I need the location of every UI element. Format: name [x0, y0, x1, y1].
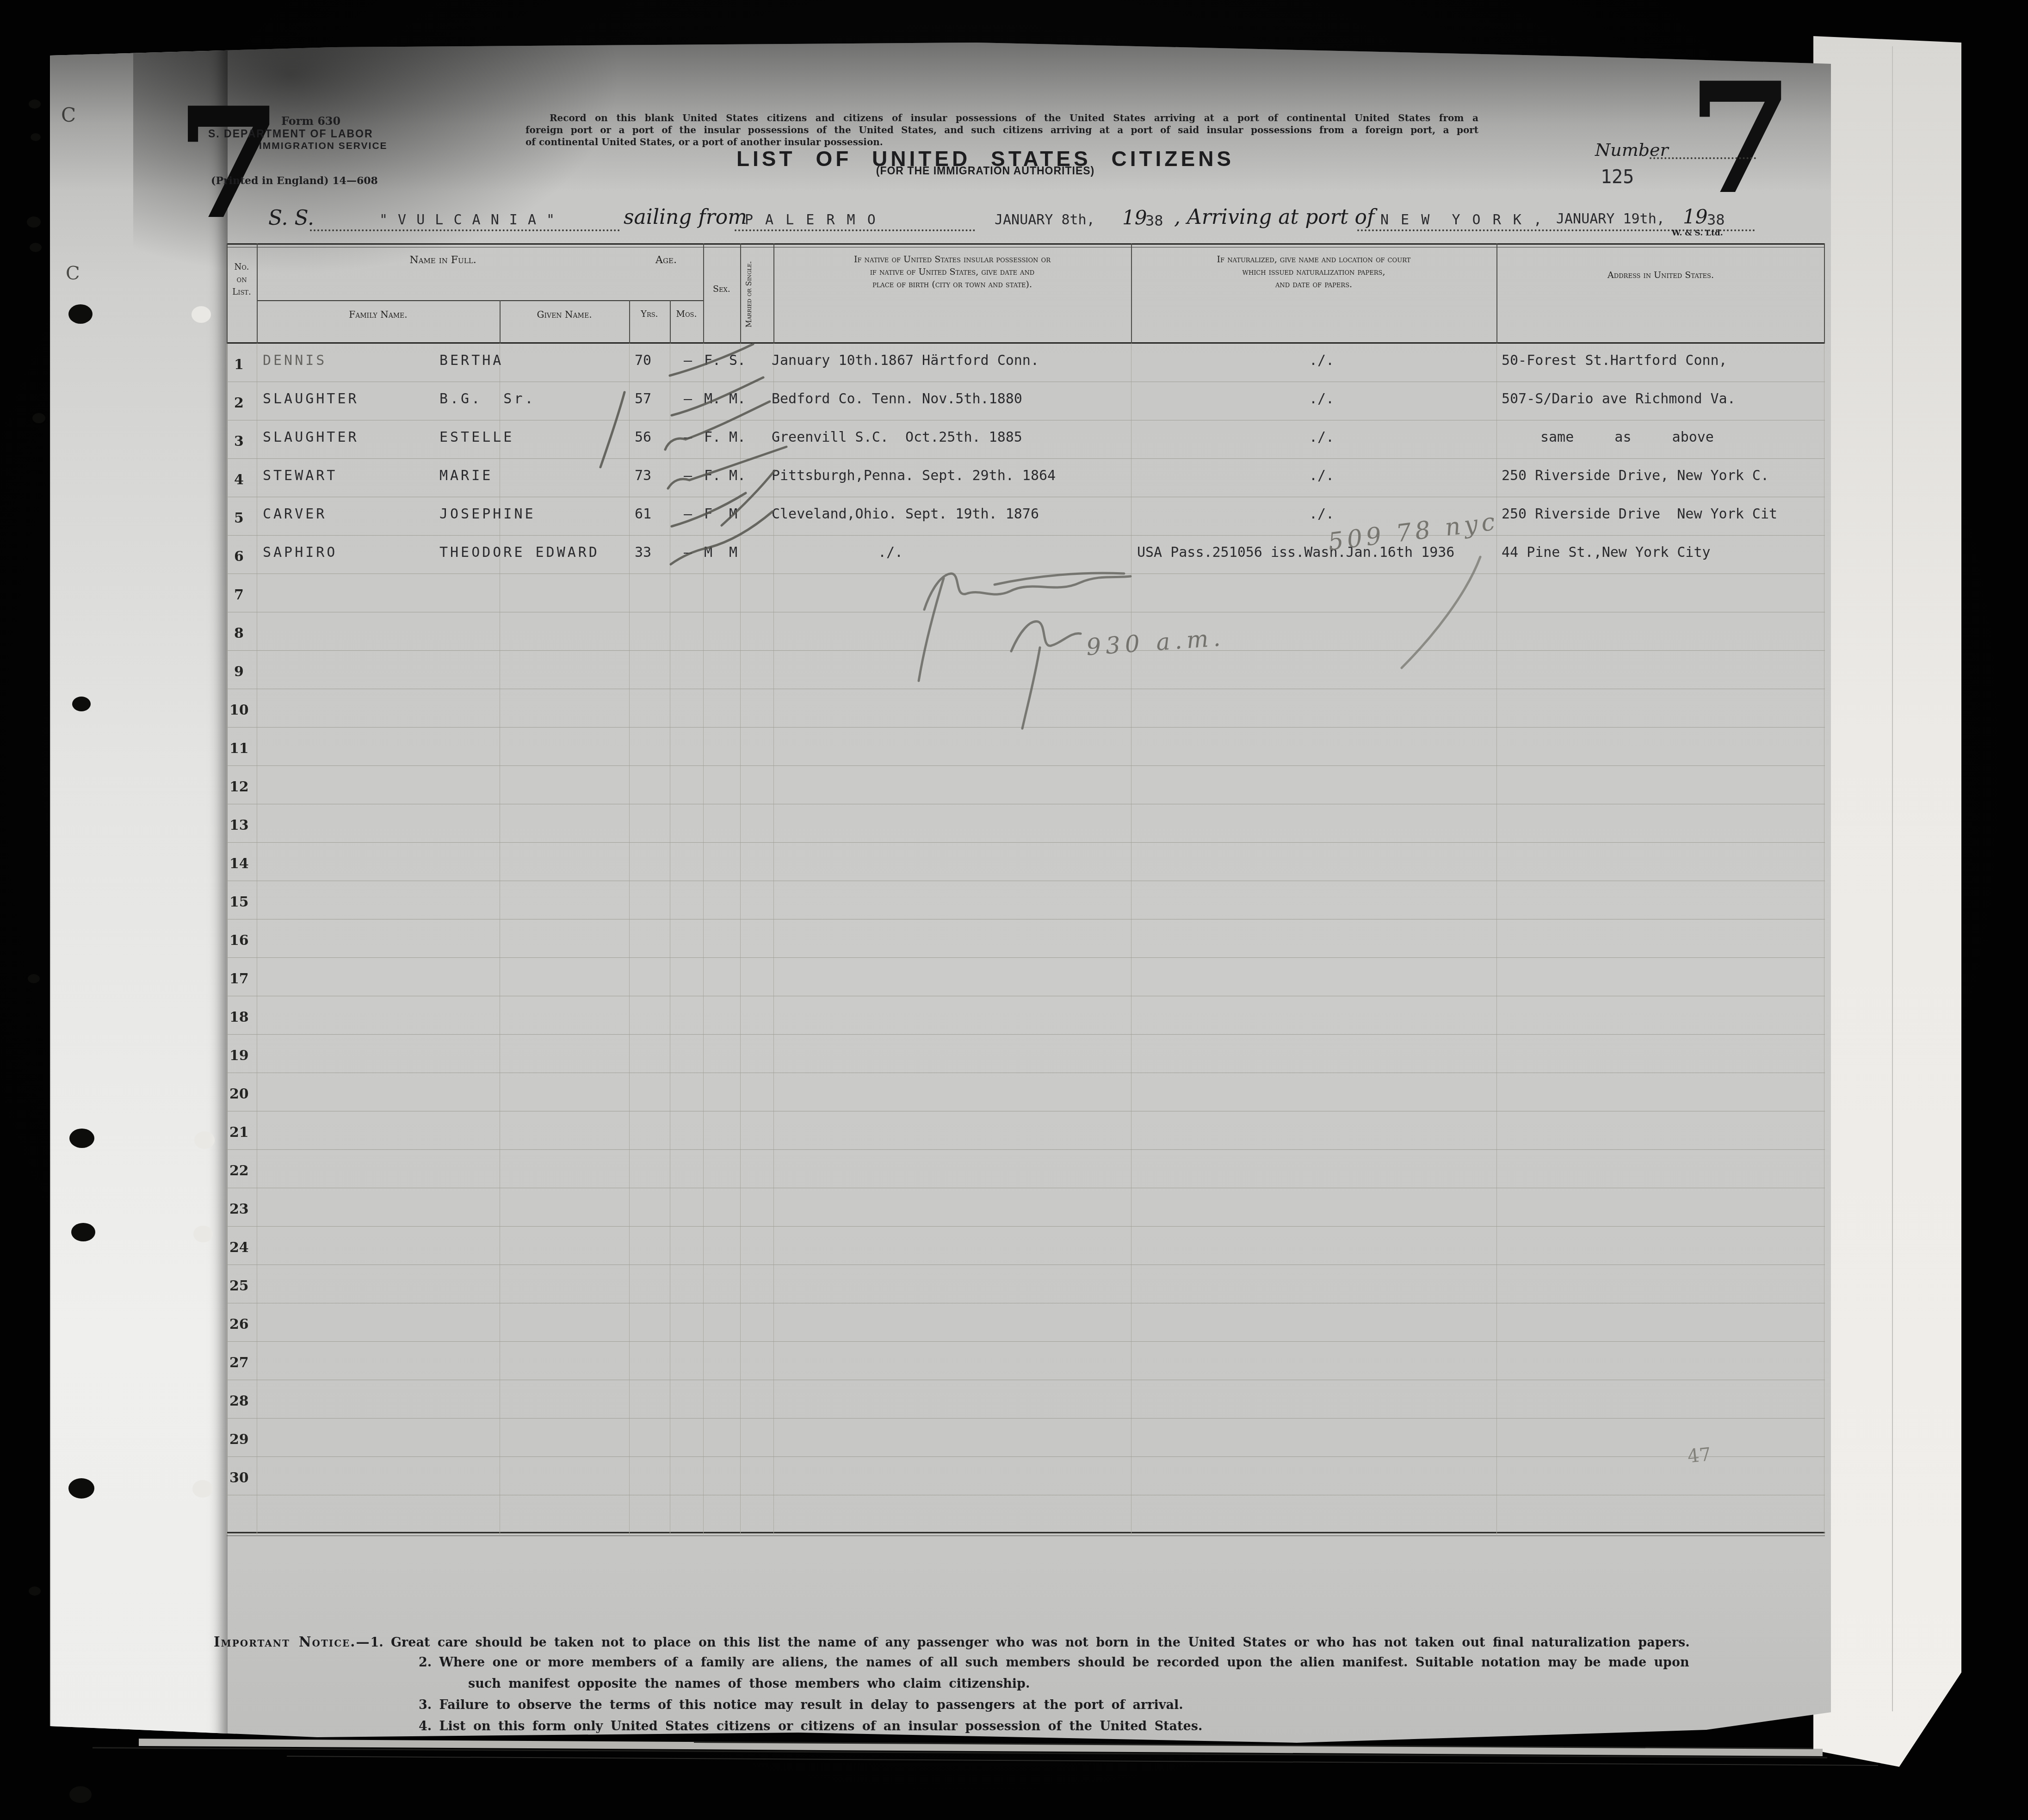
table-row: 12 — [227, 766, 1825, 804]
table-row: 19 — [227, 1035, 1825, 1073]
row-number: 6 — [234, 549, 244, 565]
notice-item: Important Notice.—1. Great care should b… — [214, 1634, 1690, 1650]
age-months: – — [684, 468, 692, 483]
punch-hole — [28, 974, 40, 983]
table-row: 20 — [227, 1073, 1825, 1111]
page-number-stamp-right: 7 — [1688, 62, 1794, 215]
ship-name: " V U L C A N I A " — [379, 212, 556, 228]
row-number: 1 — [234, 357, 244, 373]
table-row: 11 — [227, 728, 1825, 766]
naturalization: ./. — [1309, 468, 1334, 483]
age-years: 33 — [635, 545, 651, 560]
row-number: 14 — [229, 856, 249, 872]
table-row: 15 — [227, 881, 1825, 919]
pencil-sheet-note: 47 — [1687, 1444, 1712, 1467]
punch-hole — [30, 243, 42, 252]
table-row: 29 — [227, 1419, 1825, 1457]
notice-item: 4. List on this form only United States … — [419, 1719, 1202, 1734]
grid-line — [257, 243, 258, 344]
given-name: MARIE — [439, 468, 493, 483]
row-number: 11 — [229, 740, 249, 757]
row-number: 16 — [229, 932, 249, 949]
table-row: 25 — [227, 1265, 1825, 1303]
birth-place-date: January 10th.1867 Härtford Conn. — [772, 353, 1039, 368]
grid-line — [703, 243, 704, 344]
table-row: 24 — [227, 1227, 1825, 1265]
us-address: 507-S/Dario ave Richmond Va. — [1502, 391, 1736, 407]
port-of-sailing: P A L E R M O — [745, 212, 878, 228]
printer-mark: W. & S. Ltd. — [1672, 228, 1723, 238]
margin-check-mark: C — [61, 104, 76, 126]
table-row: 27 — [227, 1342, 1825, 1380]
row-number: 10 — [229, 702, 249, 718]
year-prefix: 19 — [1683, 205, 1707, 228]
notice-item-text: Failure to observe the terms of this not… — [439, 1698, 1183, 1712]
notice-item-number: 4. — [419, 1719, 439, 1734]
table-row: 26 — [227, 1303, 1825, 1342]
punch-hole — [27, 216, 41, 228]
naturalization: ./. — [1309, 506, 1334, 522]
table-body: 1DENNISBERTHA70–F.S.January 10th.1867 Hä… — [227, 243, 1825, 1538]
punch-hole — [192, 306, 211, 323]
row-number: 23 — [229, 1201, 249, 1217]
row-number: 27 — [229, 1355, 249, 1371]
row-number: 15 — [229, 894, 249, 910]
notice-item-text: such manifest opposite the names of thos… — [468, 1677, 1030, 1691]
page-number-stamp-left: 7 — [176, 87, 282, 240]
table-row: 18 — [227, 996, 1825, 1035]
us-address: same as above — [1540, 430, 1714, 445]
punch-hole — [68, 304, 93, 324]
arrival-year: 38 — [1707, 211, 1725, 228]
us-address: 250 Riverside Drive, New York C. — [1502, 468, 1769, 483]
scanned-manifest-page: 7 7 Form 630 S. DEPARTMENT OF LABOR IMMI… — [0, 0, 2028, 1820]
birth-place-date: Cleveland,Ohio. Sept. 19th. 1876 — [772, 506, 1039, 522]
arriving-label: , Arriving at port of — [1174, 205, 1374, 229]
age-months: – — [684, 353, 692, 368]
sex: F. — [704, 430, 721, 445]
notice-item-number: 1. — [370, 1635, 391, 1650]
family-name: STEWART — [263, 468, 337, 483]
sex: M. — [704, 391, 721, 407]
punch-hole — [192, 1480, 213, 1498]
us-address: 250 Riverside Drive New York Cit — [1502, 506, 1777, 522]
married-or-single: S. — [729, 353, 746, 368]
punch-hole — [71, 1223, 95, 1241]
row-number: 7 — [234, 587, 244, 603]
row-rule — [227, 1533, 1825, 1534]
row-number: 24 — [229, 1240, 249, 1256]
married-or-single: M — [729, 545, 737, 560]
passenger-table: No.onList. Name in Full. Age. Sex. Marri… — [227, 243, 1825, 1538]
punch-hole — [29, 1586, 41, 1596]
printed-in-england: (Printed in England) 14—608 — [211, 175, 378, 187]
punch-hole — [194, 1131, 215, 1149]
notice-label: Important Notice.— — [214, 1634, 370, 1650]
form-number: Form 630 — [281, 114, 340, 128]
table-row: 3SLAUGHTERESTELLE56–F.M.Greenvill S.C. O… — [227, 420, 1825, 459]
naturalization: ./. — [1309, 353, 1334, 368]
grid-line — [773, 243, 774, 344]
sex: M — [704, 545, 712, 560]
row-number: 20 — [229, 1086, 249, 1102]
page-subtitle: (FOR THE IMMIGRATION AUTHORITIES) — [722, 165, 1249, 177]
sex: F — [704, 506, 712, 522]
table-row: 16 — [227, 919, 1825, 958]
family-name: SAPHIRO — [263, 545, 337, 560]
age-months: – — [684, 506, 692, 522]
table-row: 17 — [227, 958, 1825, 996]
leader-line — [735, 229, 975, 231]
given-name: ESTELLE — [439, 430, 514, 445]
punch-hole — [193, 1226, 213, 1242]
naturalization: ./. — [1309, 391, 1334, 407]
sailing-year: 38 — [1145, 212, 1163, 229]
family-name: SLAUGHTER — [263, 391, 359, 407]
us-address: 44 Pine St.,New York City — [1502, 545, 1711, 560]
row-number: 13 — [229, 817, 249, 833]
punch-hole — [32, 413, 45, 423]
table-row: 21 — [227, 1111, 1825, 1150]
grid-line — [670, 300, 671, 344]
row-number: 8 — [234, 625, 244, 642]
family-name: SLAUGHTER — [263, 430, 359, 445]
married-or-single: M. — [729, 391, 746, 407]
manifest-sheet: 7 7 Form 630 S. DEPARTMENT OF LABOR IMMI… — [50, 43, 1831, 1761]
number-value: 125 — [1601, 167, 1634, 188]
age-months: – — [684, 391, 692, 407]
sailing-from-label: sailing from — [624, 205, 747, 229]
married-or-single: M. — [729, 468, 746, 483]
row-number: 26 — [229, 1316, 249, 1333]
family-name: CARVER — [263, 506, 327, 522]
grid-line — [740, 243, 741, 344]
service-label: IMMIGRATION SERVICE — [259, 141, 388, 152]
intro-line: Record on this blank United States citiz… — [526, 112, 1478, 124]
table-row: 5CARVERJOSEPHINE61–FMCleveland,Ohio. Sep… — [227, 497, 1825, 536]
punch-hole — [69, 1129, 94, 1148]
department-label: S. DEPARTMENT OF LABOR — [208, 128, 373, 140]
grid-line — [227, 243, 228, 344]
notice-item-number: 3. — [419, 1698, 439, 1712]
table-row: 30 — [227, 1457, 1825, 1495]
row-number: 22 — [229, 1163, 249, 1179]
sailing-date: JANUARY 8th, — [995, 212, 1095, 228]
year-prefix: 19 — [1122, 206, 1147, 229]
margin-check-mark: C — [66, 263, 80, 284]
punch-hole — [69, 1786, 92, 1803]
row-number: 9 — [234, 664, 244, 680]
row-number: 12 — [229, 779, 249, 795]
sex: F. — [704, 353, 721, 368]
table-row: 6SAPHIROTHEODORE EDWARD33–MM./.USA Pass.… — [227, 536, 1825, 574]
age-years: 61 — [635, 506, 651, 522]
family-name: DENNIS — [263, 353, 327, 368]
notice-item: 3. Failure to observe the terms of this … — [419, 1698, 1183, 1712]
notice-item-text: Great care should be taken not to place … — [391, 1635, 1690, 1650]
given-name: THEODORE EDWARD — [439, 545, 600, 560]
number-rule — [1650, 157, 1756, 159]
table-row: 7 — [227, 574, 1825, 612]
grid-line — [1131, 243, 1132, 344]
table-row: 1DENNISBERTHA70–F.S.January 10th.1867 Hä… — [227, 344, 1825, 382]
given-name: BERTHA — [439, 353, 503, 368]
naturalization: USA Pass.251056 iss.Wash.Jan.16th 1936 — [1137, 545, 1454, 560]
notice-item-text: Where one or more members of a family ar… — [439, 1655, 1689, 1670]
row-number: 25 — [229, 1278, 249, 1294]
row-number: 4 — [234, 472, 244, 488]
port-of-arrival: N E W Y O R K , — [1380, 212, 1544, 228]
birth-place-date: Greenvill S.C. Oct.25th. 1885 — [772, 430, 1022, 445]
grid-line — [1824, 243, 1825, 344]
grid-line — [1496, 243, 1497, 344]
birth-place-date: Pittsburgh,Penna. Sept. 29th. 1864 — [772, 468, 1056, 483]
married-or-single: M — [729, 506, 737, 522]
given-name: JOSEPHINE — [439, 506, 536, 522]
age-years: 70 — [635, 353, 651, 368]
punch-hole — [68, 1478, 94, 1499]
punch-hole — [29, 99, 41, 109]
row-number: 30 — [229, 1470, 249, 1486]
naturalization: ./. — [1309, 430, 1334, 445]
leader-line — [310, 229, 620, 231]
table-row: 4STEWARTMARIE73–F.M.Pittsburgh,Penna. Se… — [227, 459, 1825, 497]
table-row: 13 — [227, 804, 1825, 843]
table-row: 8 — [227, 612, 1825, 651]
married-or-single: M. — [729, 430, 746, 445]
row-number: 21 — [229, 1124, 249, 1141]
table-row: 28 — [227, 1380, 1825, 1419]
row-number: 17 — [229, 971, 249, 987]
row-number: 19 — [229, 1048, 249, 1064]
table-row: 22 — [227, 1150, 1825, 1188]
notice-item-text: List on this form only United States cit… — [439, 1719, 1203, 1734]
notice-item-number: 2. — [419, 1655, 439, 1670]
age-years: 73 — [635, 468, 651, 483]
arrival-date: JANUARY 19th, — [1556, 211, 1665, 227]
row-number: 28 — [229, 1393, 249, 1409]
row-number: 29 — [229, 1431, 249, 1448]
intro-line: foreign port or a port of the insular po… — [526, 124, 1478, 136]
table-row: 2SLAUGHTERB.G. Sr.57–M.M.Bedford Co. Ten… — [227, 382, 1825, 420]
row-number: 2 — [234, 395, 244, 411]
ss-label: S. S. — [268, 206, 314, 230]
grid-line — [500, 300, 501, 344]
grid-line — [629, 300, 630, 344]
row-number: 5 — [234, 510, 244, 526]
table-row: 14 — [227, 843, 1825, 881]
row-number: 18 — [229, 1009, 249, 1025]
row-number: 3 — [234, 433, 244, 450]
birth-place-date: Bedford Co. Tenn. Nov.5th.1880 — [772, 391, 1022, 407]
punch-hole — [31, 133, 41, 141]
birth-place-date: ./. — [878, 545, 903, 560]
age-months: – — [684, 430, 692, 445]
given-name: B.G. Sr. — [439, 391, 536, 407]
page-stack-seam — [1892, 46, 1893, 1711]
punch-hole — [72, 697, 91, 711]
notice-item: such manifest opposite the names of thos… — [468, 1677, 1030, 1691]
age-months: – — [684, 545, 692, 560]
sex: F. — [704, 468, 721, 483]
us-address: 50-Forest St.Hartford Conn, — [1502, 353, 1727, 368]
table-row: 23 — [227, 1188, 1825, 1227]
notice-item: 2. Where one or more members of a family… — [419, 1655, 1689, 1670]
table-row: 10 — [227, 689, 1825, 728]
intro-paragraph: Record on this blank United States citiz… — [526, 112, 1478, 148]
age-years: 56 — [635, 430, 651, 445]
table-row: 9 — [227, 651, 1825, 689]
age-years: 57 — [635, 391, 651, 407]
page-stack-edge — [1813, 36, 1961, 1780]
